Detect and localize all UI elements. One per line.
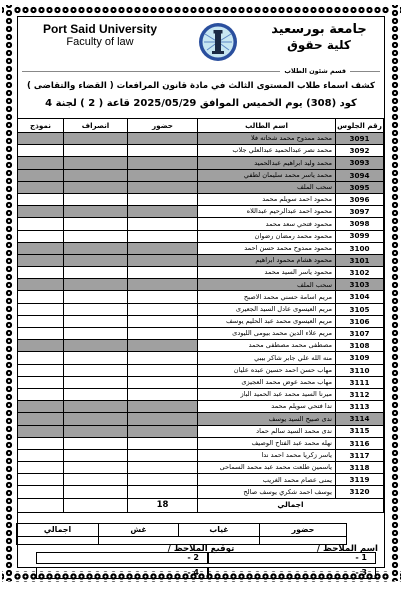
attendance-cell bbox=[128, 388, 198, 400]
table-row: 3119 يمنى عصام محمد الغريب bbox=[18, 474, 384, 486]
student-name: مريم اسامة حسني محمد الاصبح bbox=[198, 291, 336, 303]
students-roster-table: رقم الجلوس اسم الطالب حضور انصراف نموذج … bbox=[17, 118, 384, 513]
table-row: 3115 ندى محمد السيد سالم حماد bbox=[18, 425, 384, 437]
attendance-cell bbox=[128, 364, 198, 376]
form-cell bbox=[18, 157, 64, 169]
student-name: منه الله علي جابر شاكر بيبي bbox=[198, 352, 336, 364]
seat-number: 3109 bbox=[336, 352, 384, 364]
attendance-cell bbox=[128, 181, 198, 193]
observer-signature-label: توقيع الملاحظ / bbox=[168, 544, 235, 554]
table-row: 3092 محمد نصر عبدالحميد عبدالعلي جلاب bbox=[18, 145, 384, 157]
seat-number: 3102 bbox=[336, 267, 384, 279]
seat-number: 3110 bbox=[336, 364, 384, 376]
notes-row: - 3 - 4 bbox=[36, 567, 376, 579]
student-name: محمد وليد ابراهيم عبدالحميد bbox=[198, 157, 336, 169]
leave-cell bbox=[64, 401, 128, 413]
attendance-cell bbox=[128, 376, 198, 388]
seat-number: 3094 bbox=[336, 169, 384, 181]
col-header-student-name: اسم الطالب bbox=[198, 119, 336, 133]
total-present-count: 18 bbox=[128, 498, 198, 512]
student-name: محمود فتحي سعد محمد bbox=[198, 218, 336, 230]
form-cell bbox=[18, 145, 64, 157]
form-cell bbox=[18, 267, 64, 279]
table-row: 3094 محمد ياسر محمد سليمان لطفي bbox=[18, 169, 384, 181]
attendance-cell bbox=[128, 279, 198, 291]
student-name: محمود هشام محمود ابراهيم bbox=[198, 254, 336, 266]
table-row: 3103 سحب الملف bbox=[18, 279, 384, 291]
summary-table: حضور غياب غش اجمالي bbox=[16, 523, 347, 545]
form-cell bbox=[18, 449, 64, 461]
col-header-form: نموذج bbox=[18, 119, 64, 133]
student-name: محمود ممدوح محمد حسن احمد bbox=[198, 242, 336, 254]
form-cell bbox=[18, 133, 64, 145]
seat-number: 3105 bbox=[336, 303, 384, 315]
seat-number: 3107 bbox=[336, 328, 384, 340]
total-leave-cell bbox=[64, 498, 128, 512]
student-name: سحب الملف bbox=[198, 181, 336, 193]
attendance-cell bbox=[128, 328, 198, 340]
table-row: 3113 ندا فتحي سويلم محمد bbox=[18, 401, 384, 413]
ornamental-border-right bbox=[390, 5, 400, 581]
form-cell bbox=[18, 340, 64, 352]
form-cell bbox=[18, 291, 64, 303]
attendance-cell bbox=[128, 145, 198, 157]
attendance-cell bbox=[128, 218, 198, 230]
form-cell bbox=[18, 328, 64, 340]
sheet-inner-frame: جامعة بورسعيد كلية حقوق Port Said Univer… bbox=[17, 16, 385, 568]
note-item-3: - 3 bbox=[208, 567, 376, 579]
form-cell bbox=[18, 364, 64, 376]
department-label: قسم شئون الطلاب bbox=[280, 67, 350, 75]
form-cell bbox=[18, 437, 64, 449]
form-cell bbox=[18, 474, 64, 486]
student-name: يوسف احمد شكري يوسف صالح bbox=[198, 486, 336, 498]
divider-dash-left bbox=[22, 71, 280, 72]
student-name: ندى صبيح السيد يوسف bbox=[198, 413, 336, 425]
ornamental-border-top bbox=[2, 5, 401, 15]
attendance-cell bbox=[128, 340, 198, 352]
seat-number: 3117 bbox=[336, 449, 384, 461]
leave-cell bbox=[64, 376, 128, 388]
note-item-4: - 4 bbox=[36, 567, 208, 579]
leave-cell bbox=[64, 279, 128, 291]
university-name-en: Port Said University bbox=[24, 22, 176, 36]
leave-cell bbox=[64, 474, 128, 486]
table-row: 3107 مريم علاء الدين محمد بيومى الليودى bbox=[18, 328, 384, 340]
exam-session-info: كود (308) يوم الخميس الموافق 2025/05/29 … bbox=[18, 98, 384, 109]
table-row: 3110 مهاب حسن احمد حسين عبده عليان bbox=[18, 364, 384, 376]
faculty-name-en: Faculty of law bbox=[24, 36, 176, 49]
university-name-arabic: جامعة بورسعيد كلية حقوق bbox=[260, 22, 378, 53]
student-name: ندى محمد السيد سالم حماد bbox=[198, 425, 336, 437]
form-cell bbox=[18, 230, 64, 242]
attendance-cell bbox=[128, 462, 198, 474]
leave-cell bbox=[64, 328, 128, 340]
table-row: 3093 محمد وليد ابراهيم عبدالحميد bbox=[18, 157, 384, 169]
attendance-cell bbox=[128, 352, 198, 364]
student-name: محمود ياسر السيد محمد bbox=[198, 267, 336, 279]
student-name: مهاب حسن احمد حسين عبده عليان bbox=[198, 364, 336, 376]
roster-header-row: رقم الجلوس اسم الطالب حضور انصراف نموذج bbox=[18, 119, 384, 133]
attendance-cell bbox=[128, 267, 198, 279]
seat-number: 3096 bbox=[336, 193, 384, 205]
leave-cell bbox=[64, 425, 128, 437]
table-row: 3112 ميرنا السيد محمد عبد الحميد الباز bbox=[18, 388, 384, 400]
attendance-cell bbox=[128, 449, 198, 461]
seat-number: 3106 bbox=[336, 315, 384, 327]
col-header-attendance: حضور bbox=[128, 119, 198, 133]
table-row: 3097 محمود احمد عبدالرحيم عبداللاه bbox=[18, 206, 384, 218]
form-cell bbox=[18, 315, 64, 327]
form-cell bbox=[18, 181, 64, 193]
student-name: محمود احمد عبدالرحيم عبداللاه bbox=[198, 206, 336, 218]
table-row: 3106 مريم العيسوى محمد عبد الحليم يوسف bbox=[18, 315, 384, 327]
leave-cell bbox=[64, 449, 128, 461]
form-cell bbox=[18, 303, 64, 315]
table-row: 3091 محمد ممدوح محمد شحاته فلا bbox=[18, 133, 384, 145]
seat-number: 3100 bbox=[336, 242, 384, 254]
attendance-cell bbox=[128, 133, 198, 145]
leave-cell bbox=[64, 157, 128, 169]
leave-cell bbox=[64, 145, 128, 157]
table-row: 3117 ياسر زكريا محمد احمد ندا bbox=[18, 449, 384, 461]
university-logo bbox=[198, 22, 238, 62]
total-row: اجمالي 18 bbox=[18, 498, 384, 512]
ornamental-border-left bbox=[4, 5, 14, 581]
seat-number: 3092 bbox=[336, 145, 384, 157]
table-row: 3101 محمود هشام محمود ابراهيم bbox=[18, 254, 384, 266]
attendance-cell bbox=[128, 206, 198, 218]
leave-cell bbox=[64, 291, 128, 303]
seat-number: 3097 bbox=[336, 206, 384, 218]
seat-number: 3115 bbox=[336, 425, 384, 437]
form-cell bbox=[18, 279, 64, 291]
student-name: ميرنا السيد محمد عبد الحميد الباز bbox=[198, 388, 336, 400]
student-name: سحب الملف bbox=[198, 279, 336, 291]
attendance-cell bbox=[128, 193, 198, 205]
leave-cell bbox=[64, 242, 128, 254]
form-cell bbox=[18, 388, 64, 400]
table-row: 3111 مهاب محمد عوض محمد العجيزى bbox=[18, 376, 384, 388]
table-row: 3098 محمود فتحي سعد محمد bbox=[18, 218, 384, 230]
attendance-cell bbox=[128, 291, 198, 303]
leave-cell bbox=[64, 315, 128, 327]
seat-number: 3111 bbox=[336, 376, 384, 388]
form-cell bbox=[18, 218, 64, 230]
col-header-seat-number: رقم الجلوس bbox=[336, 119, 384, 133]
form-cell bbox=[18, 401, 64, 413]
summary-header-row: حضور غياب غش اجمالي bbox=[17, 523, 347, 536]
seat-number: 3114 bbox=[336, 413, 384, 425]
student-name: نهله محمد عبد الفتاح الوصيف bbox=[198, 437, 336, 449]
leave-cell bbox=[64, 230, 128, 242]
col-header-leave: انصراف bbox=[64, 119, 128, 133]
form-cell bbox=[18, 193, 64, 205]
seat-number: 3101 bbox=[336, 254, 384, 266]
student-name: مريم العيسوى محمد عبد الحليم يوسف bbox=[198, 315, 336, 327]
table-row: 3105 مريم العيسوى عادل السيد الجعيرى bbox=[18, 303, 384, 315]
attendance-sheet-page: جامعة بورسعيد كلية حقوق Port Said Univer… bbox=[0, 0, 403, 589]
seat-number: 3120 bbox=[336, 486, 384, 498]
form-cell bbox=[18, 206, 64, 218]
student-name: محمد ممدوح محمد شحاته فلا bbox=[198, 133, 336, 145]
leave-cell bbox=[64, 352, 128, 364]
summary-total-cell bbox=[17, 536, 99, 544]
leave-cell bbox=[64, 206, 128, 218]
students-tbody: 3091 محمد ممدوح محمد شحاته فلا 3092 محمد… bbox=[18, 133, 384, 499]
attendance-cell bbox=[128, 157, 198, 169]
leave-cell bbox=[64, 413, 128, 425]
seat-number: 3098 bbox=[336, 218, 384, 230]
summary-header-total: اجمالي bbox=[17, 523, 99, 536]
attendance-cell bbox=[128, 242, 198, 254]
form-cell bbox=[18, 254, 64, 266]
table-row: 3109 منه الله علي جابر شاكر بيبي bbox=[18, 352, 384, 364]
leave-cell bbox=[64, 218, 128, 230]
leave-cell bbox=[64, 486, 128, 498]
form-cell bbox=[18, 425, 64, 437]
leave-cell bbox=[64, 133, 128, 145]
leave-cell bbox=[64, 303, 128, 315]
leave-cell bbox=[64, 181, 128, 193]
leave-cell bbox=[64, 193, 128, 205]
summary-header-cheating: غش bbox=[99, 523, 179, 536]
student-name: مريم علاء الدين محمد بيومى الليودى bbox=[198, 328, 336, 340]
student-name: مهاب محمد عوض محمد العجيزى bbox=[198, 376, 336, 388]
form-cell bbox=[18, 242, 64, 254]
form-cell bbox=[18, 413, 64, 425]
student-name: ياسر زكريا محمد احمد ندا bbox=[198, 449, 336, 461]
student-name: محمود احمد سويلم محمد bbox=[198, 193, 336, 205]
faculty-name-ar: كلية حقوق bbox=[260, 38, 378, 52]
attendance-cell bbox=[128, 413, 198, 425]
attendance-cell bbox=[128, 315, 198, 327]
form-cell bbox=[18, 352, 64, 364]
total-label: اجمالي bbox=[198, 498, 384, 512]
total-form-cell bbox=[18, 498, 64, 512]
table-row: 3100 محمود ممدوح محمد حسن احمد bbox=[18, 242, 384, 254]
attendance-cell bbox=[128, 303, 198, 315]
leave-cell bbox=[64, 364, 128, 376]
leave-cell bbox=[64, 388, 128, 400]
student-name: ياسمين طلعت محمد عبد محمد السماحى bbox=[198, 462, 336, 474]
leave-cell bbox=[64, 254, 128, 266]
summary-middle-cell bbox=[99, 536, 260, 544]
summary-header-absence: غياب bbox=[179, 523, 260, 536]
form-cell bbox=[18, 462, 64, 474]
table-row: 3118 ياسمين طلعت محمد عبد محمد السماحى bbox=[18, 462, 384, 474]
student-name: مريم العيسوى عادل السيد الجعيرى bbox=[198, 303, 336, 315]
university-name-ar: جامعة بورسعيد bbox=[260, 22, 378, 38]
form-cell bbox=[18, 376, 64, 388]
attendance-cell bbox=[128, 401, 198, 413]
attendance-cell bbox=[128, 425, 198, 437]
attendance-cell bbox=[128, 437, 198, 449]
leave-cell bbox=[64, 169, 128, 181]
leave-cell bbox=[64, 340, 128, 352]
student-name: مصطفى محمد مصطفى محمد bbox=[198, 340, 336, 352]
seat-number: 3108 bbox=[336, 340, 384, 352]
table-row: 3102 محمود ياسر السيد محمد bbox=[18, 267, 384, 279]
student-name: محمد نصر عبدالحميد عبدالعلي جلاب bbox=[198, 145, 336, 157]
seat-number: 3104 bbox=[336, 291, 384, 303]
student-name: ندا فتحي سويلم محمد bbox=[198, 401, 336, 413]
leave-cell bbox=[64, 462, 128, 474]
seat-number: 3112 bbox=[336, 388, 384, 400]
seat-number: 3091 bbox=[336, 133, 384, 145]
attendance-cell bbox=[128, 254, 198, 266]
table-row: 3108 مصطفى محمد مصطفى محمد bbox=[18, 340, 384, 352]
student-name: محمود محمد رمضان رضوان bbox=[198, 230, 336, 242]
leave-cell bbox=[64, 267, 128, 279]
seat-number: 3113 bbox=[336, 401, 384, 413]
attendance-cell bbox=[128, 474, 198, 486]
seat-number: 3103 bbox=[336, 279, 384, 291]
form-cell bbox=[18, 486, 64, 498]
sheet-header: جامعة بورسعيد كلية حقوق Port Said Univer… bbox=[18, 17, 384, 66]
seat-number: 3093 bbox=[336, 157, 384, 169]
attendance-cell bbox=[128, 169, 198, 181]
divider-dash-right bbox=[350, 71, 380, 72]
seat-number: 3119 bbox=[336, 474, 384, 486]
seat-number: 3116 bbox=[336, 437, 384, 449]
observer-name-label: اسم الملاحظ / bbox=[317, 544, 378, 554]
department-divider: قسم شئون الطلاب bbox=[22, 67, 380, 75]
table-row: 3116 نهله محمد عبد الفتاح الوصيف bbox=[18, 437, 384, 449]
student-name: محمد ياسر محمد سليمان لطفي bbox=[198, 169, 336, 181]
table-row: 3114 ندى صبيح السيد يوسف bbox=[18, 413, 384, 425]
student-name: يمنى عصام محمد الغريب bbox=[198, 474, 336, 486]
attendance-cell bbox=[128, 230, 198, 242]
seat-number: 3095 bbox=[336, 181, 384, 193]
table-row: 3099 محمود محمد رمضان رضوان bbox=[18, 230, 384, 242]
seat-number: 3118 bbox=[336, 462, 384, 474]
summary-empty-row bbox=[17, 536, 347, 544]
attendance-cell bbox=[128, 486, 198, 498]
seat-number: 3099 bbox=[336, 230, 384, 242]
table-row: 3104 مريم اسامة حسني محمد الاصبح bbox=[18, 291, 384, 303]
table-row: 3120 يوسف احمد شكري يوسف صالح bbox=[18, 486, 384, 498]
table-row: 3095 سحب الملف bbox=[18, 181, 384, 193]
university-name-english: Port Said University Faculty of law bbox=[24, 22, 176, 50]
sheet-title: كشف اسماء طلاب المستوى الثالث في مادة قا… bbox=[18, 81, 384, 91]
form-cell bbox=[18, 169, 64, 181]
leave-cell bbox=[64, 437, 128, 449]
summary-attendance-cell bbox=[260, 536, 347, 544]
summary-header-attendance: حضور bbox=[260, 523, 347, 536]
table-row: 3096 محمود احمد سويلم محمد bbox=[18, 193, 384, 205]
